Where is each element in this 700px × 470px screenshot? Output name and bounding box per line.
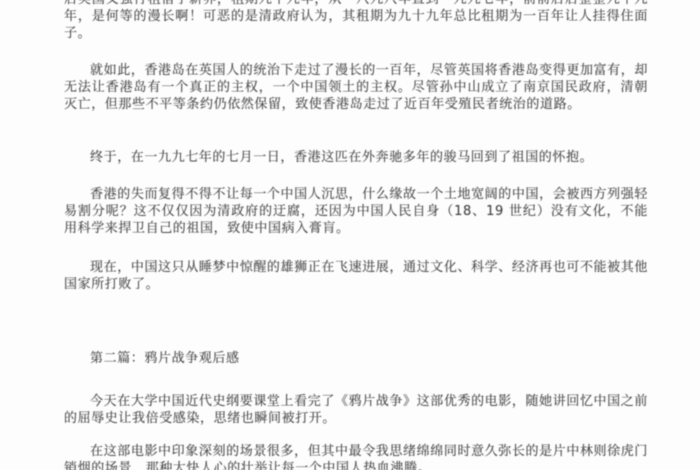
section-heading-part2: 第二篇：鸦片战争观后感 bbox=[64, 350, 648, 367]
paragraph-china-lion: 现在，中国这只从睡梦中惊醒的雄狮正在飞速进展，通过文化、科学、经济再也可不能被其… bbox=[64, 259, 648, 293]
paragraph-1997-return: 终于，在一九九七年的七月一日，香港这匹在外奔驰多年的骏马回到了祖国的怀抱。 bbox=[64, 149, 648, 166]
paragraph-clipped-top: 后英国又强行租借了新界，租期九十九年，从一八九八年直到一九九七年，前前后后整整九… bbox=[64, 0, 648, 42]
paragraph-movie-class: 今天在大学中国近代史纲要课堂上看完了《鸦片战争》这部优秀的电影，随她讲回忆中国之… bbox=[64, 393, 648, 427]
paragraph-clipped-bottom: 在这部电影中印象深刻的场景很多，但其中最令我思绪绵绵同时意久弥长的是片中林则徐虎… bbox=[64, 443, 648, 470]
scanned-document-page: 后英国又强行租借了新界，租期九十九年，从一八九八年直到一九九七年，前前后后整整九… bbox=[0, 0, 700, 470]
paragraph-hongkong-century: 就如此，香港岛在英国人的统治下走过了漫长的一百年，尽管英国将香港岛变得更加富有，… bbox=[64, 62, 648, 113]
paragraph-reflection: 香港的失而复得不得不让每一个中国人沉思，什么缘故一个土地宽阔的中国，会被西方列强… bbox=[64, 186, 648, 237]
